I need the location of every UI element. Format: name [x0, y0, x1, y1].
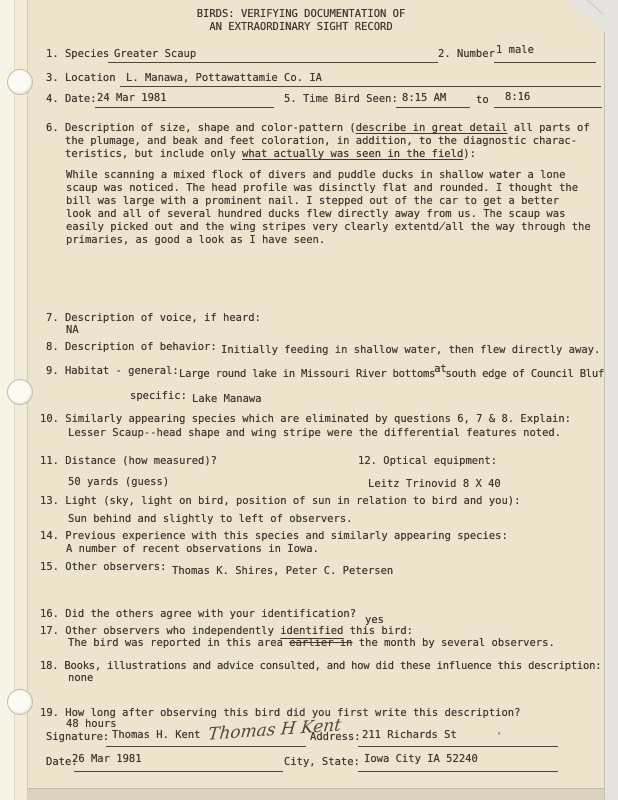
independent-observers-label: 17. Other observers who independently id… — [40, 625, 413, 637]
light-label: 13. Light (sky, light on bird, position … — [40, 495, 520, 507]
punch-hole-top — [7, 69, 33, 95]
species-value: Greater Scaup — [114, 48, 196, 60]
page-bottom-edge — [0, 788, 618, 800]
habitat-specific-label: specific: — [130, 390, 187, 402]
habitat-general-answer: Large round lake in Missouri River botto… — [179, 368, 618, 380]
punch-hole-middle — [7, 379, 33, 405]
description-answer: While scanning a mixed flock of divers a… — [66, 169, 611, 247]
city-state-value: Iowa City IA 52240 — [364, 753, 478, 765]
date-signed-line — [74, 771, 283, 772]
agreement-label: 16. Did the others agree with your ident… — [40, 608, 356, 620]
delay-answer: 48 hours — [66, 718, 117, 730]
location-value: L. Manawa, Pottawattamie Co. IA — [126, 72, 322, 84]
voice-answer: NA — [66, 324, 79, 336]
similar-species-answer: Lesser Scaup--head shape and wing stripe… — [68, 427, 561, 439]
behavior-answer: Initially feeding in shallow water, then… — [221, 344, 600, 356]
species-label: 1. Species — [46, 48, 109, 60]
location-label: 3. Location — [46, 72, 116, 84]
light-answer: Sun behind and slightly to left of obser… — [68, 513, 352, 525]
signature-typed: Thomas H. Kent — [112, 729, 201, 741]
other-observers-label: 15. Other observers: — [40, 561, 166, 573]
signature-line — [106, 746, 306, 747]
page-right-edge — [604, 0, 618, 800]
scanned-form-page: BIRDS: VERIFYING DOCUMENTATION OF AN EXT… — [0, 0, 618, 800]
other-observers-answer: Thomas K. Shires, Peter C. Petersen — [172, 565, 393, 577]
books-answer: none — [68, 672, 93, 684]
punch-hole-bottom — [7, 689, 33, 715]
date-signed-value: 26 Mar 1981 — [72, 753, 142, 765]
optical-answer: Leitz Trinovid 8 X 40 — [368, 478, 501, 490]
signature-label: Signature: — [46, 731, 109, 743]
distance-label: 11. Distance (how measured)? — [40, 455, 217, 467]
similar-species-label: 10. Similarly appearing species which ar… — [40, 413, 571, 425]
books-label: 18. Books, illustrations and advice cons… — [40, 660, 601, 672]
time-to-word: to — [476, 94, 489, 106]
habitat-specific-answer: Lake Manawa — [192, 393, 262, 405]
independent-observers-answer: The bird was reported in this area earli… — [68, 637, 555, 649]
description-label-line2: the plumage, and beak and feet coloratio… — [65, 135, 577, 147]
date-seen-value: 24 Mar 1981 — [97, 92, 167, 104]
time-to-line — [494, 107, 602, 108]
description-label-line1: 6. Description of size, shape and color-… — [46, 122, 590, 134]
experience-label: 14. Previous experience with this specie… — [40, 530, 508, 542]
habitat-general-label: 9. Habitat - general: — [46, 365, 179, 377]
species-line — [108, 62, 438, 63]
address-line — [358, 746, 558, 747]
location-line — [120, 86, 601, 87]
distance-answer: 50 yards (guess) — [68, 476, 169, 488]
form-title-line2: AN EXTRAORDINARY SIGHT RECORD — [0, 21, 602, 33]
number-line — [494, 62, 596, 63]
habitat-insertion-at: at — [434, 363, 446, 375]
city-state-label: City, State: — [284, 756, 360, 768]
time-from-line — [396, 107, 470, 108]
date-seen-label: 4. Date: — [46, 93, 97, 105]
description-label-line3: teristics, but include only what actuall… — [65, 148, 476, 160]
form-title-line1: BIRDS: VERIFYING DOCUMENTATION OF — [0, 8, 602, 20]
behavior-label: 8. Description of behavior: — [46, 341, 217, 353]
stray-mark: ' — [496, 731, 502, 742]
time-seen-label: 5. Time Bird Seen: — [284, 93, 398, 105]
experience-answer: A number of recent observations in Iowa. — [66, 543, 319, 555]
voice-label: 7. Description of voice, if heard: — [46, 312, 261, 324]
city-state-line — [358, 771, 558, 772]
optical-label: 12. Optical equipment: — [358, 455, 497, 467]
date-seen-line — [95, 107, 274, 108]
number-value: 1 male — [496, 44, 534, 56]
time-from-value: 8:15 AM — [402, 92, 446, 104]
time-to-value: 8:16 — [505, 91, 530, 103]
number-label: 2. Number — [438, 48, 495, 60]
address-value: 211 Richards St — [362, 729, 457, 741]
